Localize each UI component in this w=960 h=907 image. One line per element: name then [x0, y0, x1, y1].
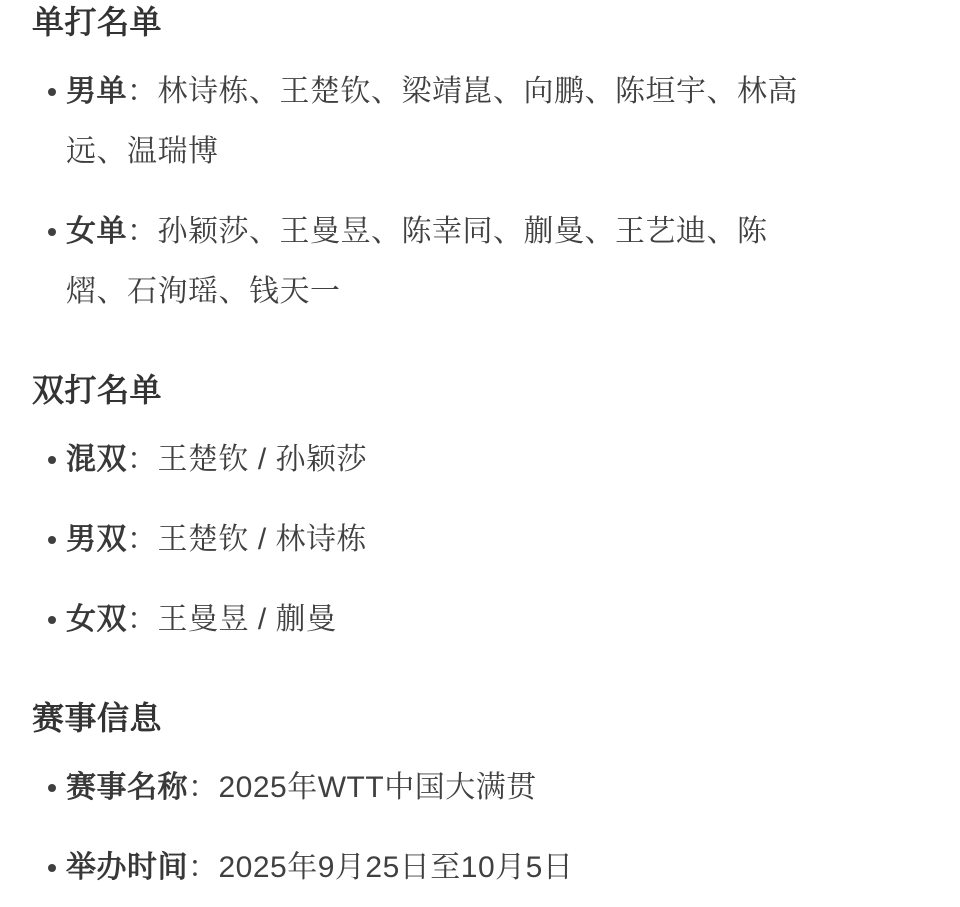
item-colon: ：: [188, 851, 219, 884]
doubles-heading: 双打名单: [32, 368, 930, 412]
section-event-info: 赛事信息 赛事名称：2025年WTT中国大满贯 举办时间：2025年9月25日至…: [32, 696, 930, 898]
doubles-list: 混双：王楚钦 / 孙颖莎 男双：王楚钦 / 林诗栋 女双：王曼昱 / 蒯曼: [32, 430, 930, 650]
item-value: 王楚钦 / 孙颖莎: [158, 443, 368, 476]
singles-heading: 单打名单: [32, 0, 930, 44]
list-item: 女单：孙颖莎、王曼昱、陈幸同、蒯曼、王艺迪、陈熠、石洵瑶、钱天一: [32, 202, 801, 322]
item-label: 混双: [66, 443, 127, 476]
list-item: 举办时间：2025年9月25日至10月5日: [32, 838, 801, 898]
bullet-icon: [48, 536, 56, 544]
roster-document: 单打名单 男单：林诗栋、王楚钦、梁靖崑、向鹏、陈垣宇、林高远、温瑞博 女单：孙颖…: [0, 0, 960, 907]
list-item: 混双：王楚钦 / 孙颖莎: [32, 430, 801, 490]
bullet-icon: [48, 784, 56, 792]
list-item: 女双：王曼昱 / 蒯曼: [32, 590, 801, 650]
section-doubles: 双打名单 混双：王楚钦 / 孙颖莎 男双：王楚钦 / 林诗栋 女双：王曼昱 / …: [32, 368, 930, 650]
list-item: 男单：林诗栋、王楚钦、梁靖崑、向鹏、陈垣宇、林高远、温瑞博: [32, 62, 801, 182]
item-label: 男双: [66, 523, 127, 556]
item-colon: ：: [127, 75, 158, 108]
item-colon: ：: [127, 523, 158, 556]
item-label: 男单: [66, 75, 127, 108]
list-item: 男双：王楚钦 / 林诗栋: [32, 510, 801, 570]
item-value: 王楚钦 / 林诗栋: [158, 523, 368, 556]
item-colon: ：: [127, 443, 158, 476]
item-value: 2025年9月25日至10月5日: [219, 851, 574, 884]
item-label: 举办时间: [66, 851, 188, 884]
bullet-icon: [48, 228, 56, 236]
bullet-icon: [48, 616, 56, 624]
item-value: 2025年WTT中国大满贯: [219, 771, 537, 804]
item-colon: ：: [127, 603, 158, 636]
event-info-list: 赛事名称：2025年WTT中国大满贯 举办时间：2025年9月25日至10月5日: [32, 758, 930, 898]
item-value: 孙颖莎、王曼昱、陈幸同、蒯曼、王艺迪、陈熠、石洵瑶、钱天一: [66, 215, 768, 308]
item-value: 林诗栋、王楚钦、梁靖崑、向鹏、陈垣宇、林高远、温瑞博: [66, 75, 798, 168]
bullet-icon: [48, 456, 56, 464]
item-label: 女双: [66, 603, 127, 636]
section-singles: 单打名单 男单：林诗栋、王楚钦、梁靖崑、向鹏、陈垣宇、林高远、温瑞博 女单：孙颖…: [32, 0, 930, 322]
item-label: 女单: [66, 215, 127, 248]
item-colon: ：: [188, 771, 219, 804]
item-colon: ：: [127, 215, 158, 248]
item-value: 王曼昱 / 蒯曼: [158, 603, 337, 636]
list-item: 赛事名称：2025年WTT中国大满贯: [32, 758, 801, 818]
event-info-heading: 赛事信息: [32, 696, 930, 740]
item-label: 赛事名称: [66, 771, 188, 804]
bullet-icon: [48, 864, 56, 872]
singles-list: 男单：林诗栋、王楚钦、梁靖崑、向鹏、陈垣宇、林高远、温瑞博 女单：孙颖莎、王曼昱…: [32, 62, 930, 322]
bullet-icon: [48, 88, 56, 96]
